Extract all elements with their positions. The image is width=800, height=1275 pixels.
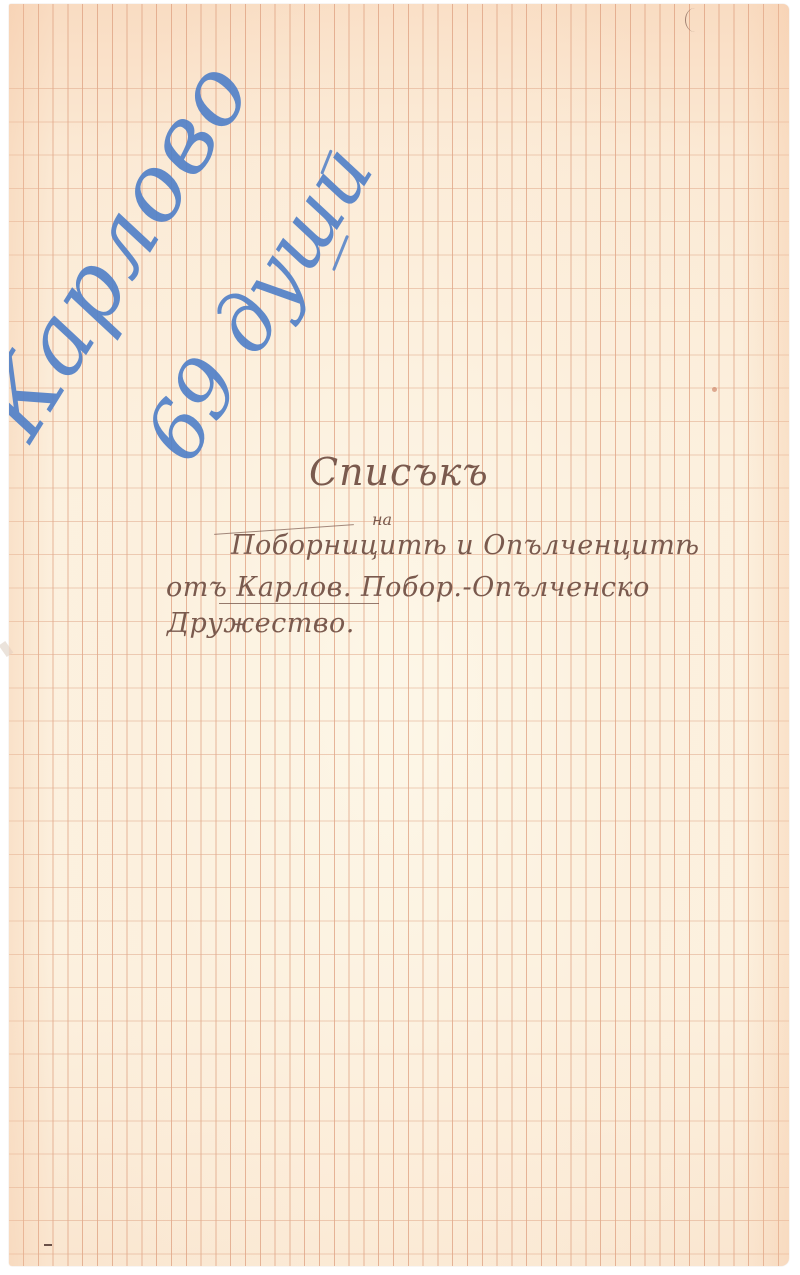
corner-ink-mark: [685, 8, 696, 32]
heading-underline: [219, 603, 379, 604]
heading-line-2: отъ Карлов. Побор.-Опълченско: [166, 572, 650, 603]
heading-line-1: Поборницитѣ и Опълченцитѣ: [231, 530, 700, 561]
heading-preposition: на: [372, 510, 392, 529]
paper-stain: [712, 387, 717, 392]
page-content: Карлово 69 души Списъкъ на Поборницитѣ и…: [9, 4, 789, 1266]
heading-line-3: Дружество.: [167, 608, 355, 639]
document-page: Карлово 69 души Списъкъ на Поборницитѣ и…: [9, 4, 789, 1266]
document-title: Списъкъ: [309, 450, 489, 494]
ink-dash-mark: [44, 1244, 52, 1246]
